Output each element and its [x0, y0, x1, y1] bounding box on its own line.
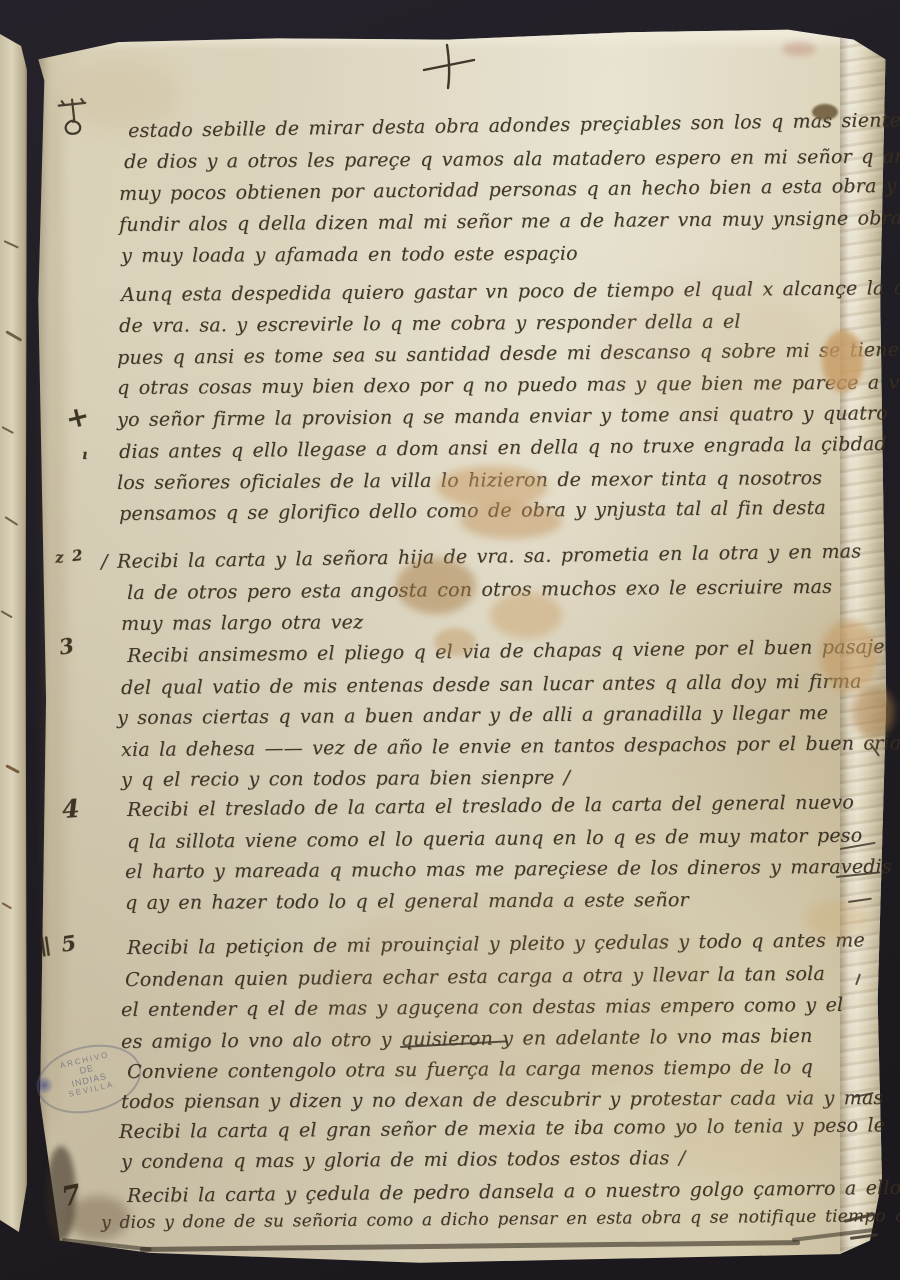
ink-mark — [4, 516, 18, 526]
handwriting-line: Recibi ansimesmo el pliego q el via de c… — [127, 636, 885, 667]
handwriting-line: y condena q mas y gloria de mi dios todo… — [121, 1147, 685, 1173]
paper-stain — [396, 558, 476, 614]
handwriting-line: Recibi el treslado de la carta el tresla… — [127, 791, 854, 821]
margin-annotation: + — [62, 398, 93, 436]
paper-stain — [306, 892, 726, 1102]
ink-mark — [140, 1240, 800, 1252]
handwriting-line: y dios y done de su señoria como a dicho… — [101, 1205, 900, 1233]
handwriting-line: estado sebille de mirar desta obra adond… — [128, 109, 900, 142]
manuscript-scan: ARCHIVO DE INDIAS SEVILLA estado sebille… — [0, 0, 900, 1280]
paper-stain — [44, 90, 66, 1130]
handwriting-line: de dios y a otros les pareçe q vamos ala… — [124, 145, 900, 173]
paper-stain — [852, 686, 894, 738]
ink-mark — [5, 330, 22, 342]
handwriting-line: y sonas ciertas q van a buen andar y de … — [117, 702, 828, 729]
handwriting-line: xia la dehesa —— vez de año le envie en … — [121, 732, 900, 761]
paper-stain — [806, 900, 868, 938]
handwriting-line: muy mas largo otra vez — [121, 611, 363, 635]
handwriting-line: Recibi la carta y çedula de pedro dansel… — [127, 1177, 900, 1207]
ink-mark — [2, 902, 13, 909]
ink-mark — [62, 1238, 152, 1251]
ink-mark — [5, 764, 20, 774]
paper-stain — [640, 1060, 840, 1180]
paper-stain — [812, 104, 838, 120]
paper-stain — [436, 466, 548, 508]
paper-stain — [60, 60, 180, 130]
paper-stain — [782, 42, 816, 56]
handwriting-line: muy pocos obtienen por auctoridad person… — [119, 174, 900, 205]
ink-layer: ARCHIVO DE INDIAS SEVILLA estado sebille… — [0, 0, 900, 1280]
paper-stain — [820, 620, 878, 692]
handwriting-line: el harto y mareada q mucho mas me pareçi… — [125, 856, 892, 883]
ink-mark — [4, 240, 19, 249]
paper-stain — [434, 628, 476, 656]
paper-stain — [600, 280, 820, 420]
handwriting-line: la de otros pero esta angosta con otros … — [127, 576, 832, 604]
paper-stain — [822, 330, 864, 392]
handwriting-line: y muy loada y afamada en todo este espaç… — [121, 243, 578, 267]
ink-mark — [855, 973, 861, 985]
handwriting-line: q la sillota viene como el lo queria aun… — [127, 825, 862, 853]
ink-mark — [1, 610, 13, 618]
handwriting-line: / Recibi la carta y la señora hija de vr… — [101, 540, 861, 573]
handwriting-line: y q el recio y con todos para bien sienp… — [121, 767, 570, 791]
handwriting-line: dias antes q ello llegase a dom ansi en … — [119, 433, 887, 463]
ink-mark — [848, 898, 872, 903]
paper-stain — [460, 503, 562, 539]
paper-stain — [66, 1196, 130, 1240]
cross-mark-icon — [418, 40, 480, 92]
margin-annotation: ı — [82, 447, 88, 463]
handwriting-line: del qual vatio de mis entenas desde san … — [121, 671, 862, 699]
ink-mark — [2, 426, 14, 434]
paper-stain — [490, 592, 562, 638]
handwriting-line: fundir alos q della dizen mal mi señor m… — [119, 207, 900, 236]
